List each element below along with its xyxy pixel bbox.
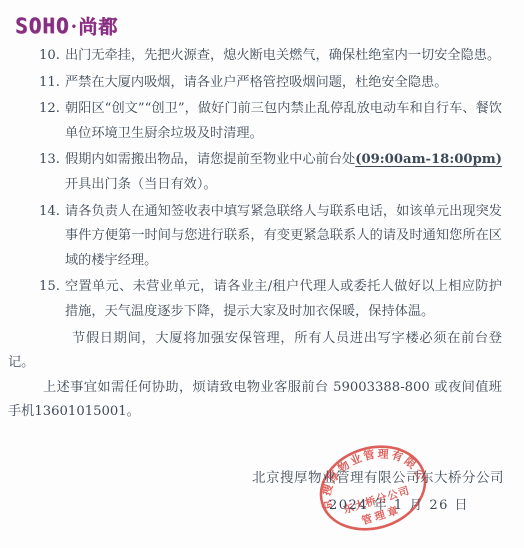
item-text: 假期内如需搬出物品，请您提前至物业中心前台处 (65, 152, 355, 167)
list-item-12: 12.朝阳区“创文”“创卫”，做好门前三包内禁止乱停乱放电动车和自行车、餐饮单位… (8, 97, 502, 146)
closing-paragraph-security: 节假日期间，大厦将加强安保管理，所有人员进出写字楼必须在前台登记。 (8, 327, 502, 376)
notice-body: 10.出门无牵挂，先把火源查，熄火断电关燃气，确保杜绝室内一切安全隐患。 11.… (8, 44, 502, 425)
item-number: 11. (32, 71, 60, 96)
closing-paragraph-contact: 上述事宜如需任何协助，烦请致电物业客服前台 59003388-800 或夜间值班… (8, 376, 502, 425)
logo-latin-text: SOHO (15, 14, 70, 38)
signature-company-name: 北京搜厚物业管理有限公司东大桥分公司 (252, 466, 504, 486)
signature-date: 2024 年 1 月 26 日 (329, 494, 469, 513)
item-text: 严禁在大厦内吸烟，请各业户严格管控吸烟问题，杜绝安全隐患。 (65, 75, 447, 90)
item-number: 10. (32, 44, 60, 69)
item-text-after: 开具出门条（当日有效）。 (65, 177, 217, 192)
item-number: 15. (32, 275, 60, 300)
list-item-14: 14.请各负责人在通知签收表中填写紧急联络人与联系电话，如该单元出现突发事件方便… (8, 200, 502, 274)
item-text: 请各负责人在通知签收表中填写紧急联络人与联系电话，如该单元出现突发事件方便第一时… (65, 204, 502, 268)
item-text: 朝阳区“创文”“创卫”，做好门前三包内禁止乱停乱放电动车和自行车、餐饮单位环境卫… (65, 101, 502, 141)
item-text: 空置单元、未营业单元，请各业主/租户代理人或委托人做好以上相应防护措施，天气温度… (65, 279, 502, 319)
list-item-11: 11.严禁在大厦内吸烟，请各业户严格管控吸烟问题，杜绝安全隐患。 (8, 71, 502, 96)
list-item-10: 10.出门无牵挂，先把火源查，熄火断电关燃气，确保杜绝室内一切安全隐患。 (8, 44, 502, 69)
list-item-15: 15.空置单元、未营业单元，请各业主/租户代理人或委托人做好以上相应防护措施，天… (8, 275, 502, 324)
soho-shangdu-logo: SOHO·尚都 (15, 12, 118, 39)
item-number: 13. (32, 148, 60, 173)
logo-chinese-text: 尚都 (78, 16, 118, 38)
item-text: 出门无牵挂，先把火源查，熄火断电关燃气，确保杜绝室内一切安全隐患。 (65, 48, 500, 63)
item-number: 14. (32, 200, 60, 225)
notice-document: SOHO·尚都 10.出门无牵挂，先把火源查，熄火断电关燃气，确保杜绝室内一切安… (0, 0, 524, 548)
logo-separator-dot: · (70, 16, 79, 38)
item-number: 12. (32, 97, 60, 122)
office-hours-underlined: (09:00am-18:00pm) (355, 152, 502, 167)
company-seal-stamp: 北京搜厚物业管理有限公司 东大桥分公司 管理章 (306, 436, 440, 540)
list-item-13: 13.假期内如需搬出物品，请您提前至物业中心前台处(09:00am-18:00p… (8, 148, 502, 197)
